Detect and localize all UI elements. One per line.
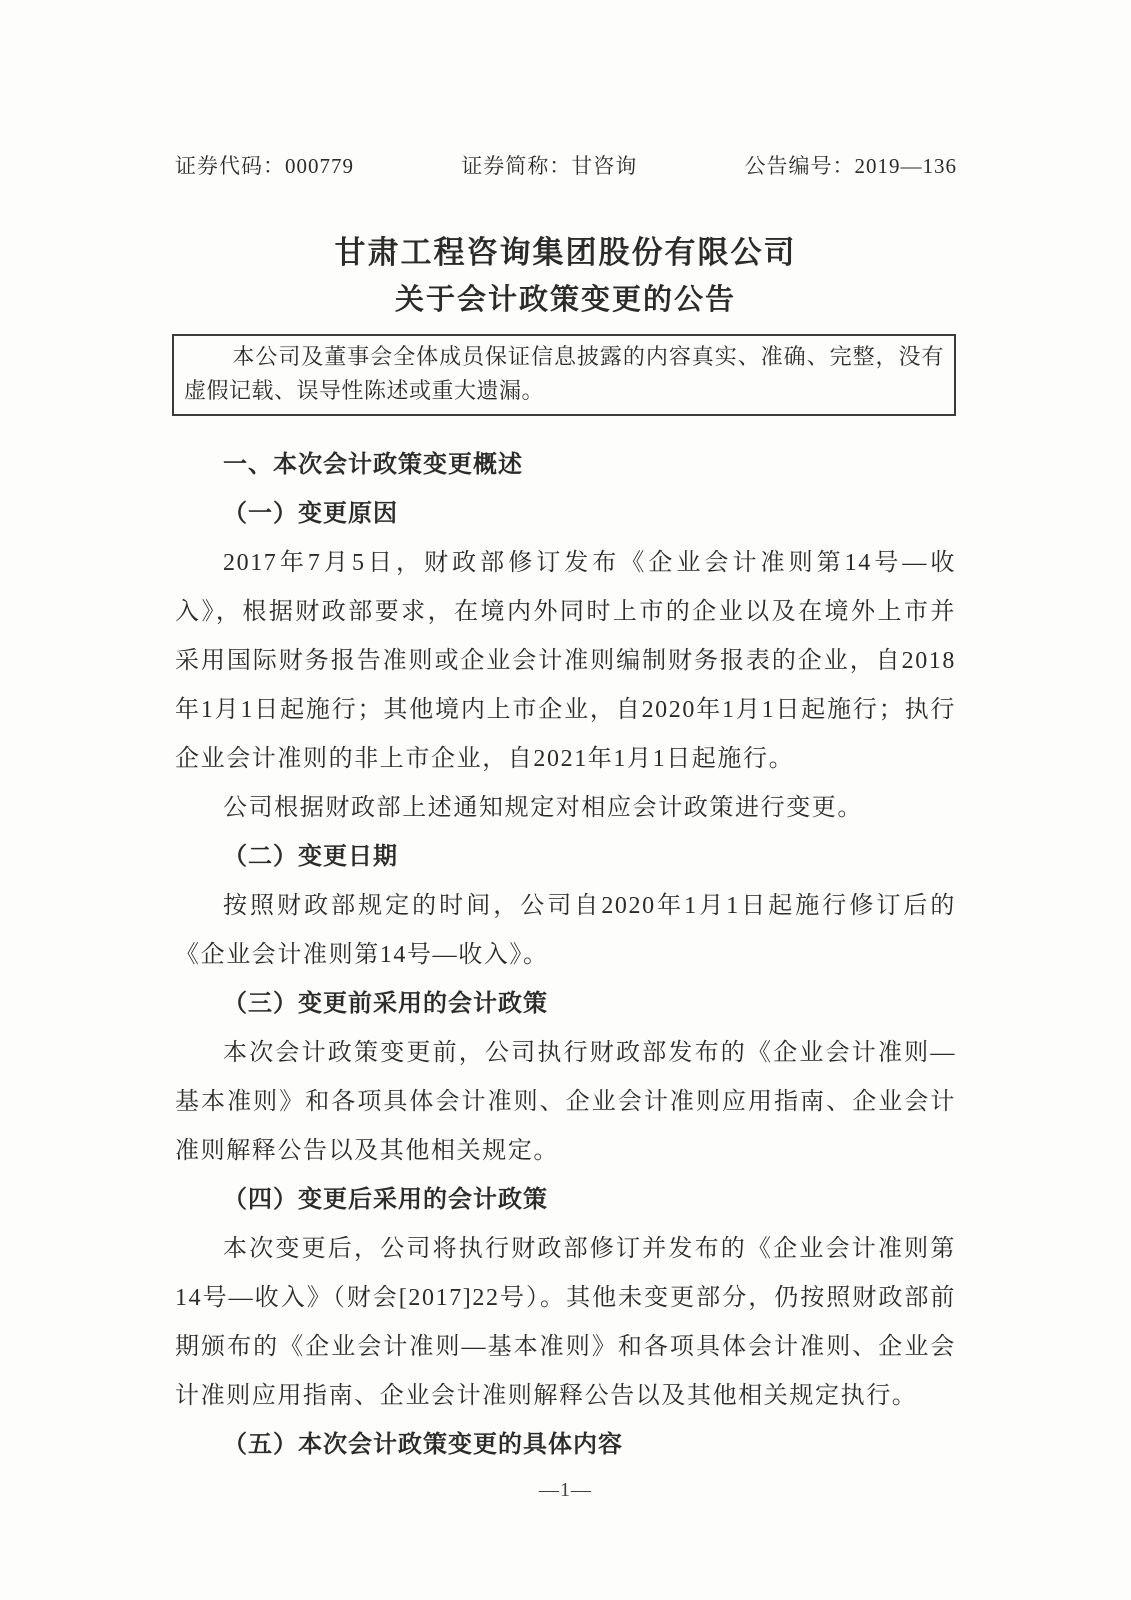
section-heading: （四）变更后采用的会计政策 [175, 1176, 956, 1225]
body-paragraph: 2017年7月5日，财政部修订发布《企业会计准则第14号—收入》，根据财政部要求… [175, 539, 956, 784]
body-paragraph: 公司根据财政部上述通知规定对相应会计政策进行变更。 [175, 784, 956, 833]
stock-abbr: 证券简称：甘咨询 [461, 150, 637, 180]
section-heading: （三）变更前采用的会计政策 [175, 980, 956, 1029]
stock-code: 证券代码：000779 [175, 150, 354, 180]
section-heading: 一、本次会计政策变更概述 [175, 441, 956, 490]
body-paragraph: 按照财政部规定的时间，公司自2020年1月1日起施行修订后的《企业会计准则第14… [175, 882, 956, 980]
body-paragraph: 本次变更后，公司将执行财政部修订并发布的《企业会计准则第14号—收入》（财会[2… [175, 1225, 956, 1421]
document-page: 证券代码：000779 证券简称：甘咨询 公告编号：2019—136 甘肃工程咨… [0, 0, 1131, 1600]
document-header: 证券代码：000779 证券简称：甘咨询 公告编号：2019—136 [175, 150, 957, 180]
section-heading: （一）变更原因 [175, 490, 956, 539]
disclaimer-box: 本公司及董事会全体成员保证信息披露的内容真实、准确、完整，没有虚假记载、误导性陈… [172, 334, 956, 416]
section-heading: （二）变更日期 [175, 833, 956, 882]
section-heading: （五）本次会计政策变更的具体内容 [175, 1421, 956, 1470]
announcement-number: 公告编号：2019—136 [745, 150, 958, 180]
page-number: —1— [0, 1479, 1131, 1502]
disclaimer-text: 本公司及董事会全体成员保证信息披露的内容真实、准确、完整，没有虚假记载、误导性陈… [184, 340, 944, 408]
body-paragraph: 本次会计政策变更前，公司执行财政部发布的《企业会计准则—基本准则》和各项具体会计… [175, 1029, 956, 1176]
announcement-subject-title: 关于会计政策变更的公告 [0, 277, 1131, 318]
document-body: 一、本次会计政策变更概述（一）变更原因2017年7月5日，财政部修订发布《企业会… [175, 441, 956, 1470]
company-name-title: 甘肃工程咨询集团股份有限公司 [0, 227, 1131, 272]
